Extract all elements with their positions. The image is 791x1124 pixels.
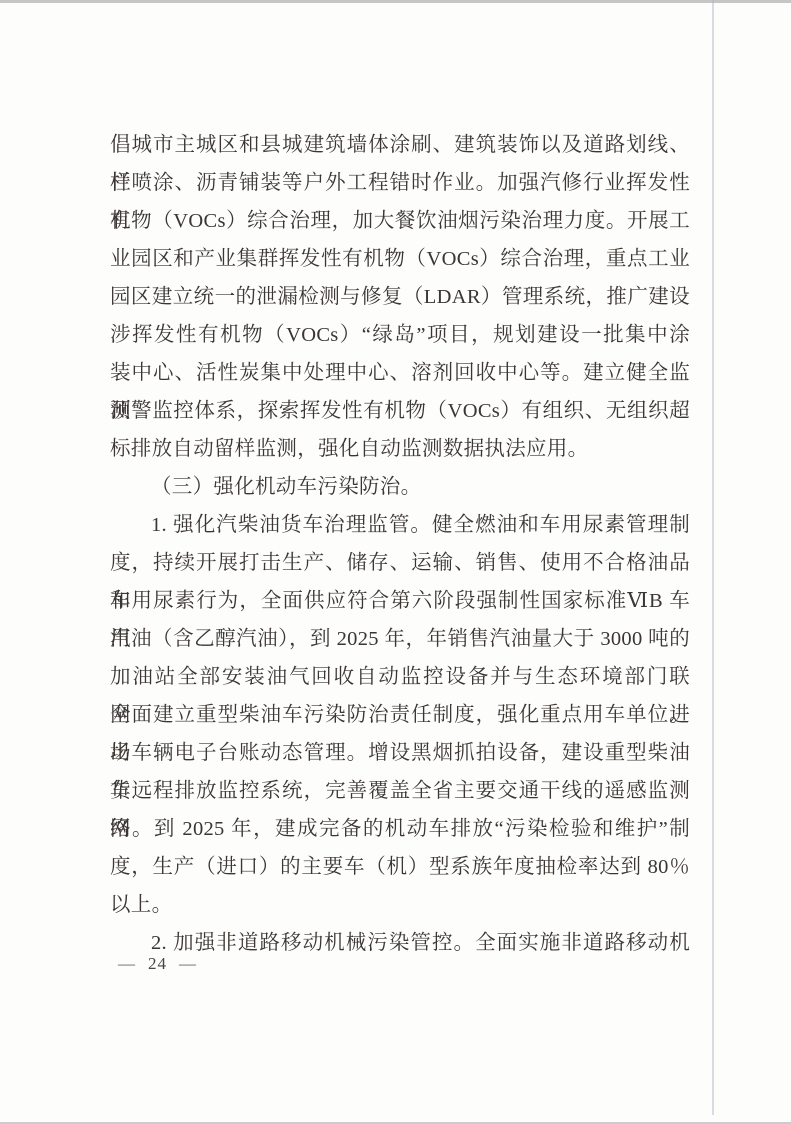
text-line: 度，持续开展打击生产、储存、运输、销售、使用不合格油品和 [110, 544, 690, 582]
text-line: 园区建立统一的泄漏检测与修复（LDAR）管理系统，推广建设 [110, 278, 690, 316]
text-line: 度，生产（进口）的主要车（机）型系族年度抽检率达到 80％ [110, 848, 690, 886]
text-line: 1. 强化汽柴油货车治理监管。健全燃油和车用尿素管理制 [110, 506, 690, 544]
footer-left-dash: — [118, 954, 136, 973]
text-line: 标排放自动留样监测，强化自动监测数据执法应用。 [110, 430, 690, 468]
footer-right-dash: — [179, 954, 197, 973]
text-line: 车远程排放监控系统，完善覆盖全省主要交通干线的遥感监测网 [110, 772, 690, 810]
page-number: 24 [148, 954, 167, 973]
scan-edge-top [0, 0, 791, 3]
text-line: 杆喷涂、沥青铺装等户外工程错时作业。加强汽修行业挥发性有 [110, 164, 690, 202]
scanned-document-page: { "document": { "lines": [ { "text": "倡城… [0, 0, 791, 1124]
text-line: 装中心、活性炭集中处理中心、溶剂回收中心等。建立健全监测 [110, 354, 690, 392]
text-line: 络。到 2025 年，建成完备的机动车排放“污染检验和维护”制 [110, 810, 690, 848]
text-line: 汽油（含乙醇汽油），到 2025 年，年销售汽油量大于 3000 吨的 [110, 620, 690, 658]
text-line: 以上。 [110, 886, 690, 924]
document-body: 倡城市主城区和县城建筑墙体涂刷、建筑装饰以及道路划线、栏 杆喷涂、沥青铺装等户外… [110, 126, 690, 962]
text-line: 业园区和产业集群挥发性有机物（VOCs）综合治理，重点工业 [110, 240, 690, 278]
text-line: 预警监控体系，探索挥发性有机物（VOCs）有组织、无组织超 [110, 392, 690, 430]
text-line: 涉挥发性有机物（VOCs）“绿岛”项目，规划建设一批集中涂 [110, 316, 690, 354]
section-heading-line: （三）强化机动车污染防治。 [110, 468, 690, 506]
text-line: 车用尿素行为，全面供应符合第六阶段强制性国家标准ⅥB 车用 [110, 582, 690, 620]
text-line: 加油站全部安装油气回收自动监控设备并与生态环境部门联网。 [110, 658, 690, 696]
scan-artifact-line [712, 0, 714, 1115]
text-line: 场车辆电子台账动态管理。增设黑烟抓拍设备，建设重型柴油货 [110, 734, 690, 772]
text-line: 机物（VOCs）综合治理，加大餐饮油烟污染治理力度。开展工 [110, 202, 690, 240]
text-line: 全面建立重型柴油车污染防治责任制度，强化重点用车单位进出 [110, 696, 690, 734]
page-footer: —24— [112, 950, 203, 978]
text-line: 倡城市主城区和县城建筑墙体涂刷、建筑装饰以及道路划线、栏 [110, 126, 690, 164]
